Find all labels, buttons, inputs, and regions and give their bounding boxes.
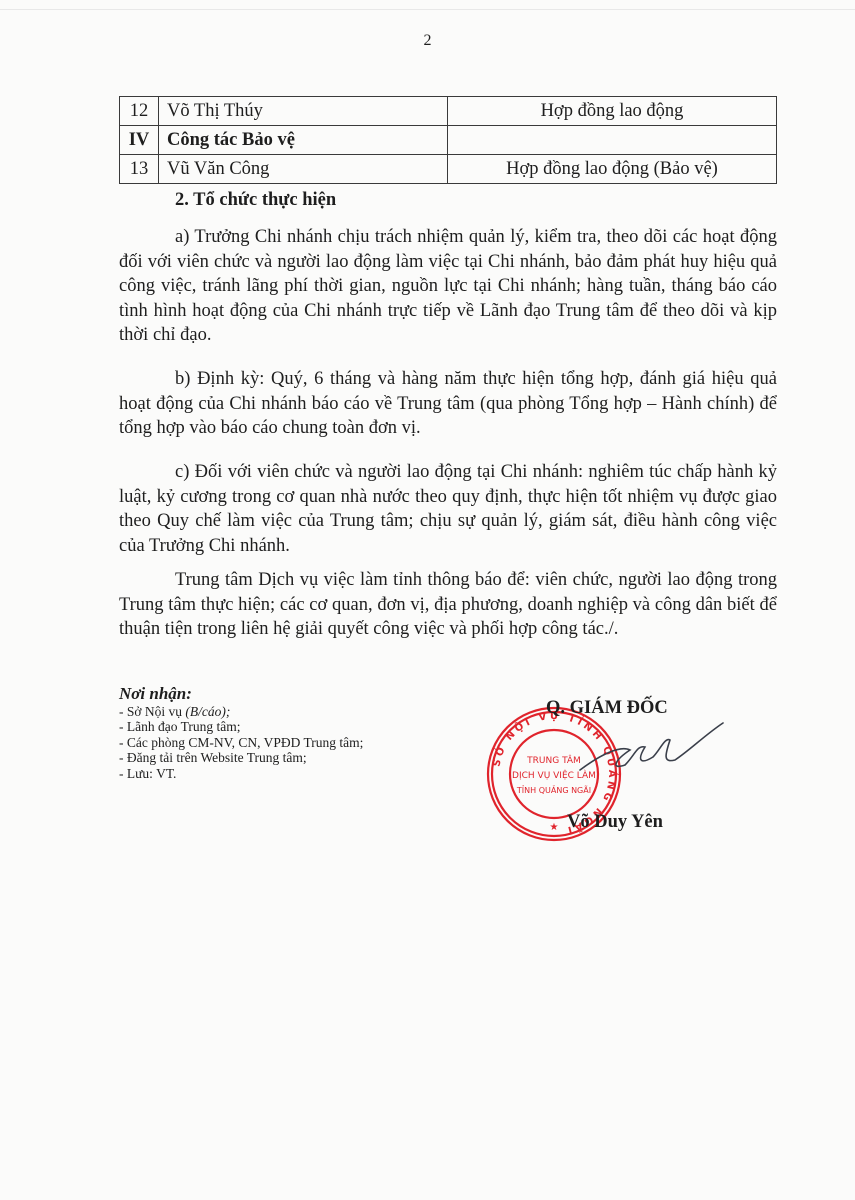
- paragraph-b: b) Định kỳ: Quý, 6 tháng và hàng năm thự…: [119, 367, 777, 441]
- svg-text:★: ★: [550, 822, 559, 833]
- recipient-item: - Lãnh đạo Trung tâm;: [119, 719, 363, 735]
- recipient-text: - Sở Nội vụ: [119, 704, 185, 719]
- row-number: 13: [120, 155, 159, 184]
- svg-text:TRUNG TÂM: TRUNG TÂM: [526, 754, 581, 766]
- paragraph-c: c) Đối với viên chức và người lao động t…: [119, 460, 777, 558]
- recipient-text: - Lãnh đạo Trung tâm;: [119, 719, 241, 734]
- signer-title: Q. GIÁM ĐỐC: [546, 698, 668, 719]
- closing-paragraph: Trung tâm Dịch vụ việc làm tỉnh thông bá…: [119, 568, 777, 642]
- section-row: IVCông tác Bảo vệ: [120, 126, 777, 155]
- svg-text:TỈNH QUẢNG NGÃI: TỈNH QUẢNG NGÃI: [516, 784, 591, 795]
- contract-type: [448, 126, 777, 155]
- recipient-item: - Sở Nội vụ (B/cáo);: [119, 704, 363, 720]
- section-heading: 2. Tổ chức thực hiện: [175, 190, 336, 211]
- contract-type: Hợp đồng lao động (Bảo vệ): [448, 155, 777, 184]
- row-number: IV: [120, 126, 159, 155]
- recipients-block: Nơi nhận: - Sở Nội vụ (B/cáo);- Lãnh đạo…: [119, 686, 363, 781]
- paragraph-a: a) Trưởng Chi nhánh chịu trách nhiệm quả…: [119, 225, 777, 348]
- staff-name: Võ Thị Thúy: [159, 97, 448, 126]
- recipient-note: (B/cáo);: [185, 704, 230, 719]
- recipient-item: - Lưu: VT.: [119, 766, 363, 782]
- row-number: 12: [120, 97, 159, 126]
- handwritten-signature-icon: [575, 715, 725, 780]
- scan-artifact-line: [0, 9, 855, 10]
- contract-type: Hợp đồng lao động: [448, 97, 777, 126]
- recipient-item: - Các phòng CM-NV, CN, VPĐD Trung tâm;: [119, 735, 363, 751]
- staff-name: Vũ Văn Công: [159, 155, 448, 184]
- table-row: 13Vũ Văn CôngHợp đồng lao động (Bảo vệ): [120, 155, 777, 184]
- staff-name: Công tác Bảo vệ: [159, 126, 448, 155]
- staff-table: 12Võ Thị ThúyHợp đồng lao độngIVCông tác…: [119, 96, 777, 184]
- recipient-text: - Đăng tải trên Website Trung tâm;: [119, 750, 307, 765]
- page-number: 2: [0, 32, 855, 50]
- signer-name: Võ Duy Yên: [567, 812, 663, 833]
- recipients-title: Nơi nhận:: [119, 686, 363, 702]
- recipient-item: - Đăng tải trên Website Trung tâm;: [119, 750, 363, 766]
- recipient-text: - Lưu: VT.: [119, 766, 176, 781]
- table-row: 12Võ Thị ThúyHợp đồng lao động: [120, 97, 777, 126]
- recipients-list: - Sở Nội vụ (B/cáo);- Lãnh đạo Trung tâm…: [119, 704, 363, 782]
- recipient-text: - Các phòng CM-NV, CN, VPĐD Trung tâm;: [119, 735, 363, 750]
